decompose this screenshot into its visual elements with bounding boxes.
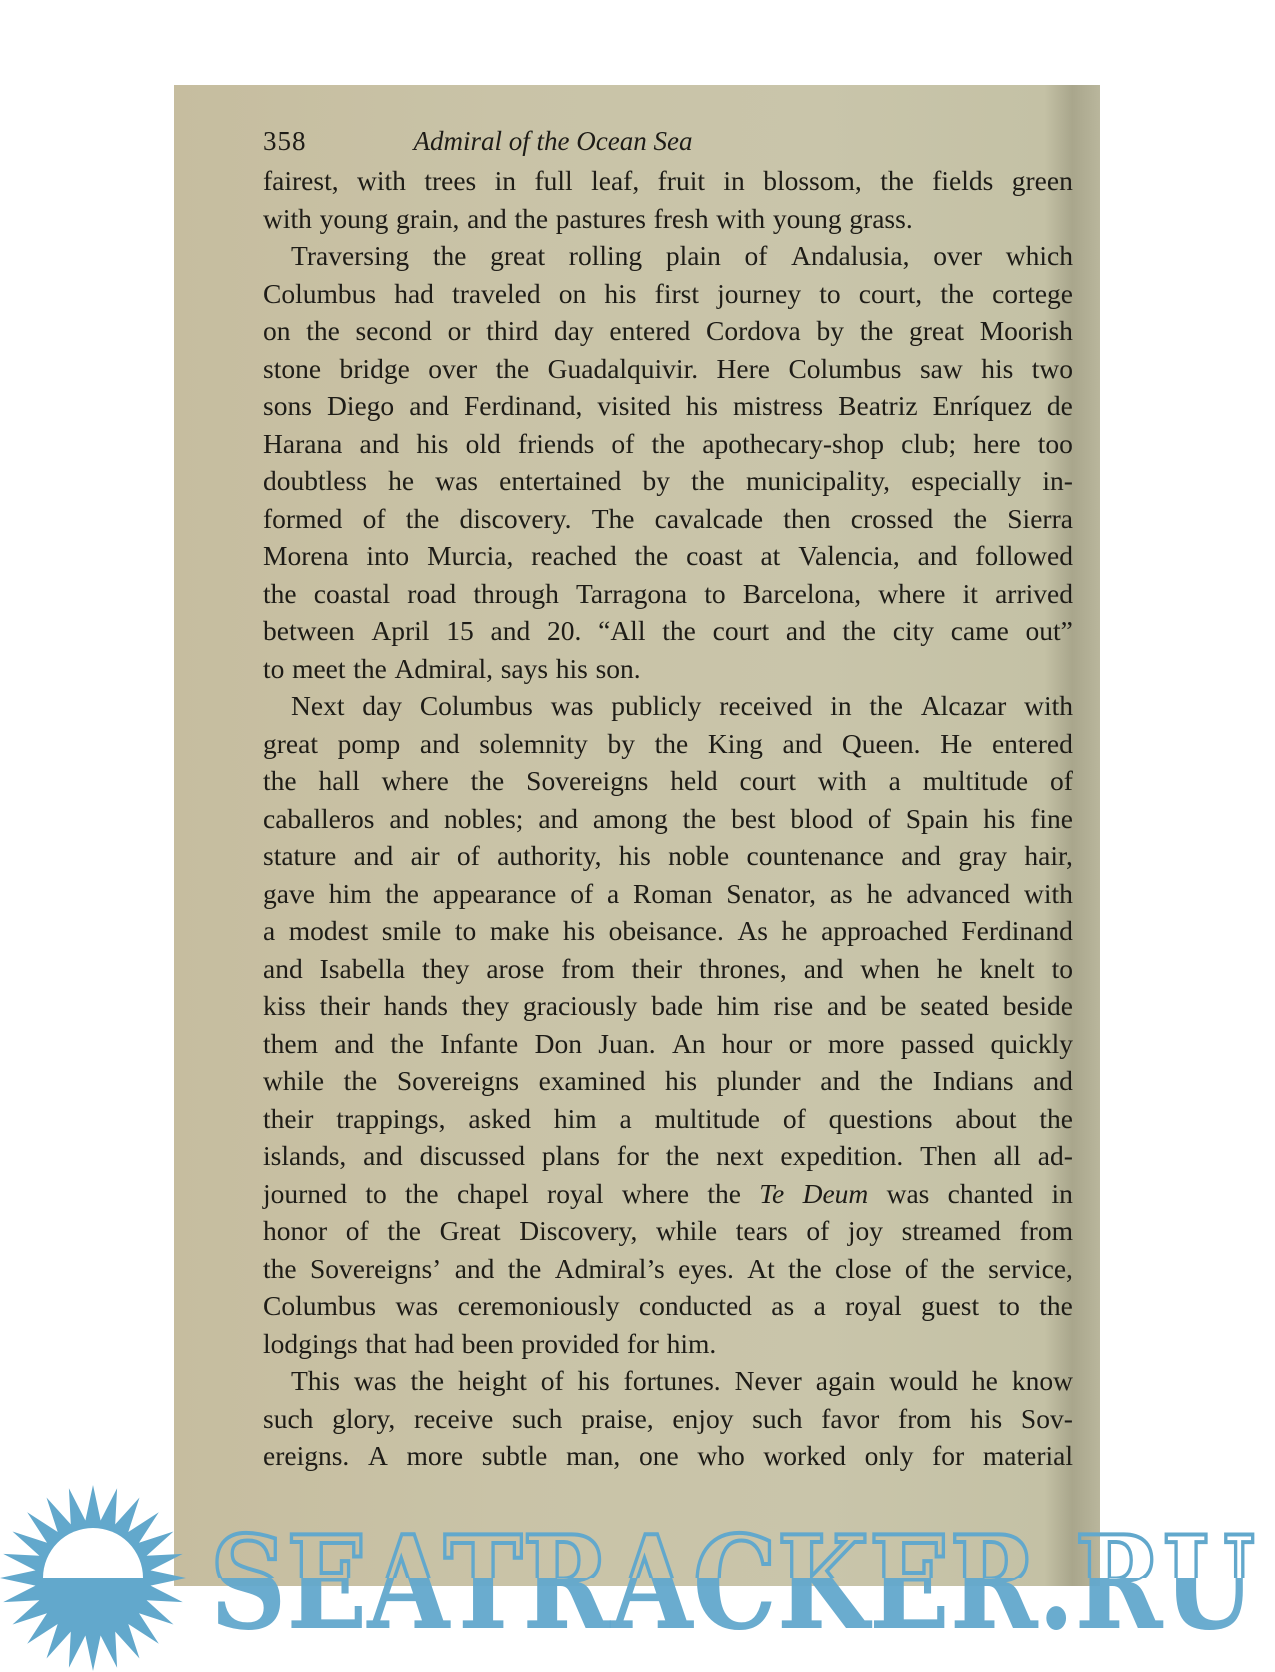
text-line: honoroftheGreatDiscovery,whiletearsofjoy…: [263, 1212, 1073, 1250]
text-line: amodestsmiletomakehisobeisance.Asheappro…: [263, 912, 1073, 950]
text-line: thehallwheretheSovereignsheldcourtwitham…: [263, 762, 1073, 800]
text-line: greatpompandsolemnitybytheKingandQueen.H…: [263, 725, 1073, 763]
text-line: onthesecondorthirddayenteredCordovabythe…: [263, 312, 1073, 350]
text-line: andIsabellatheyarosefromtheirthrones,and…: [263, 950, 1073, 988]
running-header: 358 Admiral of the Ocean Sea: [263, 126, 1073, 160]
text-line: kisstheirhandstheygraciouslybadehimrisea…: [263, 987, 1073, 1025]
text-line: Columbuswasceremoniouslyconductedasaroya…: [263, 1287, 1073, 1325]
text-line: whiletheSovereignsexaminedhisplunderandt…: [263, 1062, 1073, 1100]
book-page: 358 Admiral of the Ocean Sea fairest,wit…: [174, 85, 1100, 1586]
text-line: fairest,withtreesinfullleaf,fruitinbloss…: [263, 162, 1073, 200]
text-line: theSovereigns’andtheAdmiral’seyes.Atthec…: [263, 1250, 1073, 1288]
text-line: theirtrappings,askedhimamultitudeofquest…: [263, 1100, 1073, 1138]
text-line: Thiswastheheightofhisfortunes.Neveragain…: [263, 1362, 1073, 1400]
text-line: tomeettheAdmiral,sayshisson.: [263, 650, 1073, 688]
text-line: lodgingsthathadbeenprovidedforhim.: [263, 1325, 1073, 1363]
text-line: caballerosandnobles;andamongthebestblood…: [263, 800, 1073, 838]
text-line: MorenaintoMurcia,reachedthecoastatValenc…: [263, 537, 1073, 575]
text-line: sonsDiegoandFerdinand,visitedhismistress…: [263, 387, 1073, 425]
text-line: journedtothechapelroyalwheretheTeDeumwas…: [263, 1175, 1073, 1213]
text-line: thecoastalroadthroughTarragonatoBarcelon…: [263, 575, 1073, 613]
running-title: Admiral of the Ocean Sea: [263, 126, 843, 157]
text-line: suchglory,receivesuchpraise,enjoysuchfav…: [263, 1400, 1073, 1438]
text-line: Haranaandhisoldfriendsoftheapothecary-sh…: [263, 425, 1073, 463]
text-line: NextdayColumbuswaspubliclyreceivedintheA…: [263, 687, 1073, 725]
body-text: fairest,withtreesinfullleaf,fruitinbloss…: [263, 162, 1073, 1475]
text-line: stonebridgeovertheGuadalquivir.HereColum…: [263, 350, 1073, 388]
text-line: betweenApril15and20.“Allthecourtandtheci…: [263, 612, 1073, 650]
text-line: formedofthediscovery.Thecavalcadethencro…: [263, 500, 1073, 538]
text-line: doubtlesshewasentertainedbythemunicipali…: [263, 462, 1073, 500]
text-line: statureandairofauthority,hisnoblecounten…: [263, 837, 1073, 875]
text-line: themandtheInfanteDonJuan.Anhourormorepas…: [263, 1025, 1073, 1063]
text-line: Columbushadtraveledonhisfirstjourneytoco…: [263, 275, 1073, 313]
text-line: ereigns.Amoresubtleman,onewhoworkedonlyf…: [263, 1437, 1073, 1475]
sun-icon: [0, 1485, 186, 1671]
text-line: islands,anddiscussedplansforthenextexped…: [263, 1137, 1073, 1175]
text-line: TraversingthegreatrollingplainofAndalusi…: [263, 237, 1073, 275]
text-line: withyounggrain,andthepasturesfreshwithyo…: [263, 200, 1073, 238]
text-line: gavehimtheappearanceofaRomanSenator,ashe…: [263, 875, 1073, 913]
